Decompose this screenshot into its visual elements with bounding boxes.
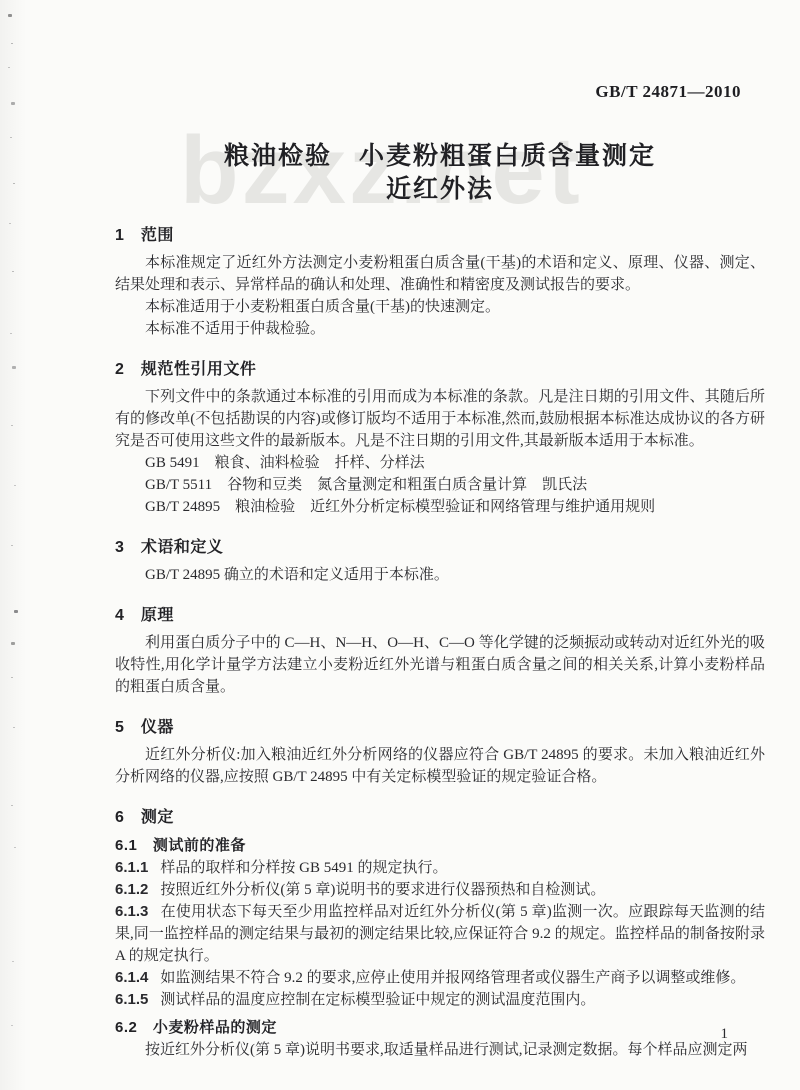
scan-artifacts (8, 14, 12, 17)
section-4-heading: 4 原理 (115, 602, 765, 625)
subsection-6-2-heading: 6.2 小麦粉样品的测定 (115, 1016, 765, 1037)
standard-code: GB/T 24871—2010 (115, 0, 765, 102)
section-1-paragraph-1: 本标准规定了近红外方法测定小麦粉粗蛋白质含量(干基)的术语和定义、原理、仪器、测… (115, 252, 765, 296)
section-1-paragraph-3: 本标准不适用于仲裁检验。 (115, 318, 765, 340)
clause-6-1-5: 6.1.5测试样品的温度应控制在定标模型验证中规定的测试温度范围内。 (115, 989, 765, 1011)
clause-number: 6.1.4 (115, 969, 148, 986)
section-2-heading: 2 规范性引用文件 (115, 356, 765, 379)
page-number: 1 (721, 1026, 729, 1043)
reference-item-2: GB/T 5511 谷物和豆类 氮含量测定和粗蛋白质含量计算 凯氏法 (115, 474, 765, 496)
clause-text: 在使用状态下每天至少用监控样品对近红外分析仪(第 5 章)监测一次。应跟踪每天监… (115, 904, 765, 964)
clause-number: 6.1.3 (115, 903, 148, 920)
section-1-heading: 1 范围 (115, 222, 765, 245)
clause-text: 样品的取样和分样按 GB 5491 的规定执行。 (160, 860, 447, 876)
section-3-paragraph-1: GB/T 24895 确立的术语和定义适用于本标准。 (115, 564, 765, 586)
section-1-paragraph-2: 本标准适用于小麦粉粗蛋白质含量(干基)的快速测定。 (115, 296, 765, 318)
section-5-paragraph-1: 近红外分析仪:加入粮油近红外分析网络的仪器应符合 GB/T 24895 的要求。… (115, 744, 765, 788)
document-page: bzxz.net GB/T 24871—2010 粮油检验 小麦粉粗蛋白质含量测… (0, 0, 800, 1090)
section-5-heading: 5 仪器 (115, 714, 765, 737)
clause-6-1-3: 6.1.3在使用状态下每天至少用监控样品对近红外分析仪(第 5 章)监测一次。应… (115, 901, 765, 967)
section-4-paragraph-1: 利用蛋白质分子中的 C—H、N—H、O—H、C—O 等化学键的泛频振动或转动对近… (115, 632, 765, 698)
subsection-6-1-heading: 6.1 测试前的准备 (115, 834, 765, 855)
clause-text: 如监测结果不符合 9.2 的要求,应停止使用并报网络管理者或仪器生产商予以调整或… (160, 970, 745, 986)
clause-number: 6.1.5 (115, 991, 148, 1008)
clause-number: 6.1.1 (115, 859, 148, 876)
document-title: 粮油检验 小麦粉粗蛋白质含量测定 近红外法 (115, 140, 765, 206)
title-line-2: 近红外法 (115, 173, 765, 206)
reference-item-1: GB 5491 粮食、油料检验 扦样、分样法 (115, 452, 765, 474)
document-content: GB/T 24871—2010 粮油检验 小麦粉粗蛋白质含量测定 近红外法 1 … (115, 0, 765, 1061)
title-line-1: 粮油检验 小麦粉粗蛋白质含量测定 (115, 140, 765, 173)
subsection-6-2-paragraph-1: 按近红外分析仪(第 5 章)说明书要求,取适量样品进行测试,记录测定数据。每个样… (115, 1039, 765, 1061)
section-3-heading: 3 术语和定义 (115, 534, 765, 557)
clause-text: 按照近红外分析仪(第 5 章)说明书的要求进行仪器预热和自检测试。 (160, 882, 605, 898)
clause-text: 测试样品的温度应控制在定标模型验证中规定的测试温度范围内。 (160, 992, 595, 1008)
clause-number: 6.1.2 (115, 881, 148, 898)
section-6-heading: 6 测定 (115, 804, 765, 827)
clause-6-1-1: 6.1.1样品的取样和分样按 GB 5491 的规定执行。 (115, 857, 765, 879)
clause-6-1-4: 6.1.4如监测结果不符合 9.2 的要求,应停止使用并报网络管理者或仪器生产商… (115, 967, 765, 989)
section-2-paragraph-1: 下列文件中的条款通过本标准的引用而成为本标准的条款。凡是注日期的引用文件、其随后… (115, 386, 765, 452)
scan-edge-shading (0, 0, 26, 1090)
reference-item-3: GB/T 24895 粮油检验 近红外分析定标模型验证和网络管理与维护通用规则 (115, 496, 765, 518)
clause-6-1-2: 6.1.2按照近红外分析仪(第 5 章)说明书的要求进行仪器预热和自检测试。 (115, 879, 765, 901)
